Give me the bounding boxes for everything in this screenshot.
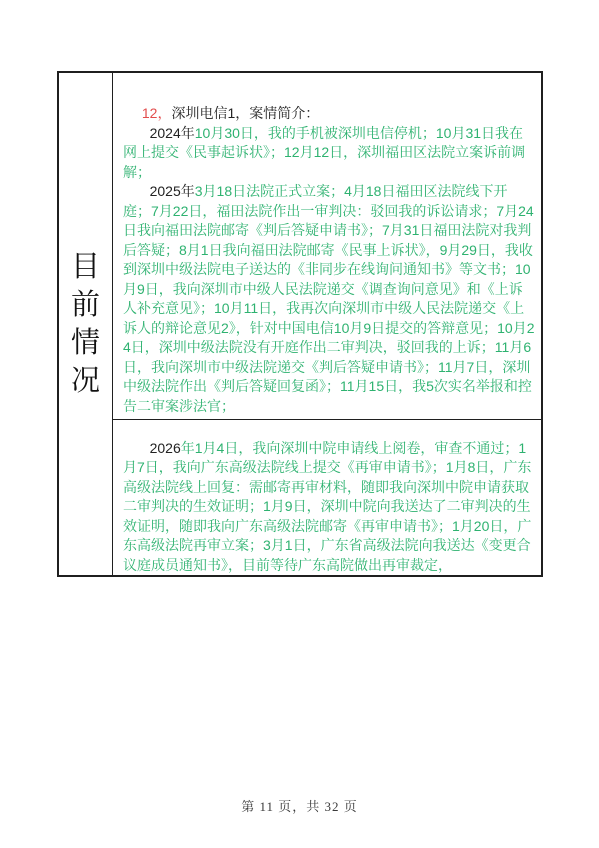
case-summary-cell: 12，深圳电信1，案情简介：2024年10月30日，我的手机被深圳电信停机；10… xyxy=(113,73,541,420)
text-segment: 年1月4日，我向深圳中院申请线上阅卷，审查不通过；1月7日，我向广东高级法院线上… xyxy=(123,440,531,573)
table-content-column: 12，深圳电信1，案情简介：2024年10月30日，我的手机被深圳电信停机；10… xyxy=(113,73,541,575)
case-status-table: 目前情况 12，深圳电信1，案情简介：2024年10月30日，我的手机被深圳电信… xyxy=(57,71,543,577)
page-number: 第 11 页，共 32 页 xyxy=(0,796,599,815)
row-header-title: 目前情况 xyxy=(71,248,100,400)
text-segment: 3月18日法院正式立案；4月18日福田区法院线下开庭；7月22日，福田法院作出一… xyxy=(123,183,535,414)
text-segment: 2025年 xyxy=(150,183,195,199)
case-update-cell: 2026年1月4日，我向深圳中院申请线上阅卷，审查不通过；1月7日，我向广东高级… xyxy=(113,420,541,576)
row-header-cell: 目前情况 xyxy=(59,73,113,575)
text-segment: 12， xyxy=(142,105,172,121)
text-segment: 2026 xyxy=(150,440,181,456)
document-page: 目前情况 12，深圳电信1，案情简介：2024年10月30日，我的手机被深圳电信… xyxy=(0,0,599,848)
paragraph: 12，深圳电信1，案情简介： xyxy=(123,104,535,124)
text-segment: 深圳电信1，案情简介： xyxy=(171,105,319,121)
text-segment: 2024年 xyxy=(150,125,195,141)
paragraph: 2026年1月4日，我向深圳中院申请线上阅卷，审查不通过；1月7日，我向广东高级… xyxy=(123,439,535,576)
paragraph: 2025年3月18日法院正式立案；4月18日福田区法院线下开庭；7月22日，福田… xyxy=(123,182,535,416)
paragraph: 2024年10月30日，我的手机被深圳电信停机；10月31日我在网上提交《民事起… xyxy=(123,124,535,183)
